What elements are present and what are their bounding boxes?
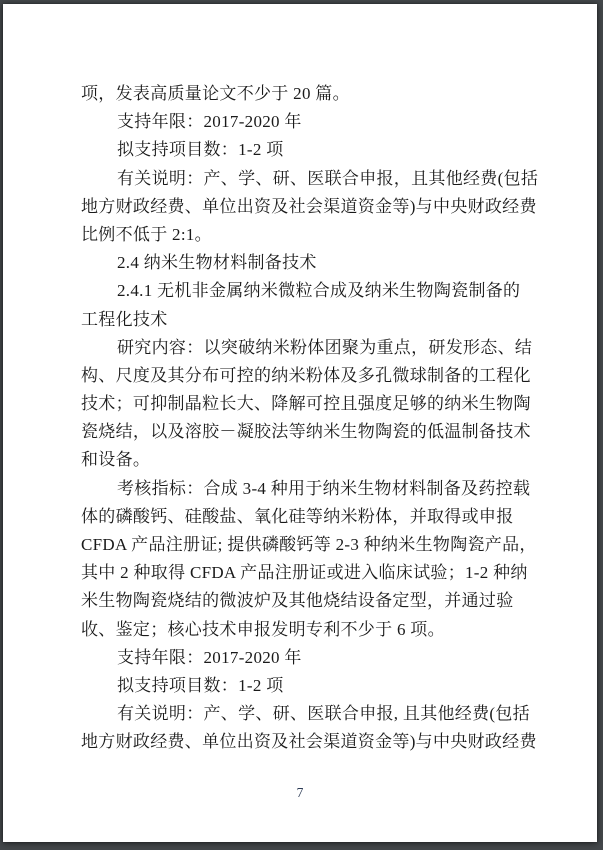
document-line: 收、鉴定；核心技术申报发明专利不少于 6 项。 (81, 616, 529, 644)
document-line: 有关说明：产、学、研、医联合申报, 且其他经费(包括 (81, 700, 529, 728)
document-line: 体的磷酸钙、硅酸盐、氧化硅等纳米粉体，并取得或申报 (81, 503, 529, 531)
document-line: 拟支持项目数：1-2 项 (81, 672, 529, 700)
document-line: CFDA 产品注册证; 提供磷酸钙等 2-3 种纳米生物陶瓷产品， (81, 531, 529, 559)
document-line: 米生物陶瓷烧结的微波炉及其他烧结设备定型，并通过验 (81, 587, 529, 615)
document-page: 项，发表高质量论文不少于 20 篇。支持年限：2017-2020 年拟支持项目数… (3, 4, 597, 842)
document-line: 其中 2 种取得 CFDA 产品注册证或进入临床试验；1-2 种纳 (81, 559, 529, 587)
document-line: 支持年限：2017-2020 年 (81, 644, 529, 672)
document-line: 支持年限：2017-2020 年 (81, 108, 529, 136)
document-line: 地方财政经费、单位出资及社会渠道资金等)与中央财政经费 (81, 728, 529, 756)
document-line: 2.4.1 无机非金属纳米微粒合成及纳米生物陶瓷制备的 (81, 277, 529, 305)
document-line: 2.4 纳米生物材料制备技术 (81, 249, 529, 277)
page-number: 7 (3, 785, 597, 801)
document-line: 考核指标：合成 3-4 种用于纳米生物材料制备及药控载 (81, 475, 529, 503)
document-line: 地方财政经费、单位出资及社会渠道资金等)与中央财政经费 (81, 193, 529, 221)
document-line: 技术；可抑制晶粒长大、降解可控且强度足够的纳米生物陶 (81, 390, 529, 418)
document-line: 构、尺度及其分布可控的纳米粉体及多孔微球制备的工程化 (81, 362, 529, 390)
document-line: 工程化技术 (81, 306, 529, 334)
document-line: 比例不低于 2:1。 (81, 221, 529, 249)
document-line: 项，发表高质量论文不少于 20 篇。 (81, 80, 529, 108)
document-line: 瓷烧结，以及溶胶－凝胶法等纳米生物陶瓷的低温制备技术 (81, 418, 529, 446)
document-line: 有关说明：产、学、研、医联合申报，且其他经费(包括 (81, 165, 529, 193)
document-line: 和设备。 (81, 446, 529, 474)
document-line: 拟支持项目数：1-2 项 (81, 136, 529, 164)
document-text-block: 项，发表高质量论文不少于 20 篇。支持年限：2017-2020 年拟支持项目数… (81, 80, 529, 757)
document-line: 研究内容：以突破纳米粉体团聚为重点，研发形态、结 (81, 334, 529, 362)
pdf-viewer-background: 项，发表高质量论文不少于 20 篇。支持年限：2017-2020 年拟支持项目数… (0, 0, 603, 850)
